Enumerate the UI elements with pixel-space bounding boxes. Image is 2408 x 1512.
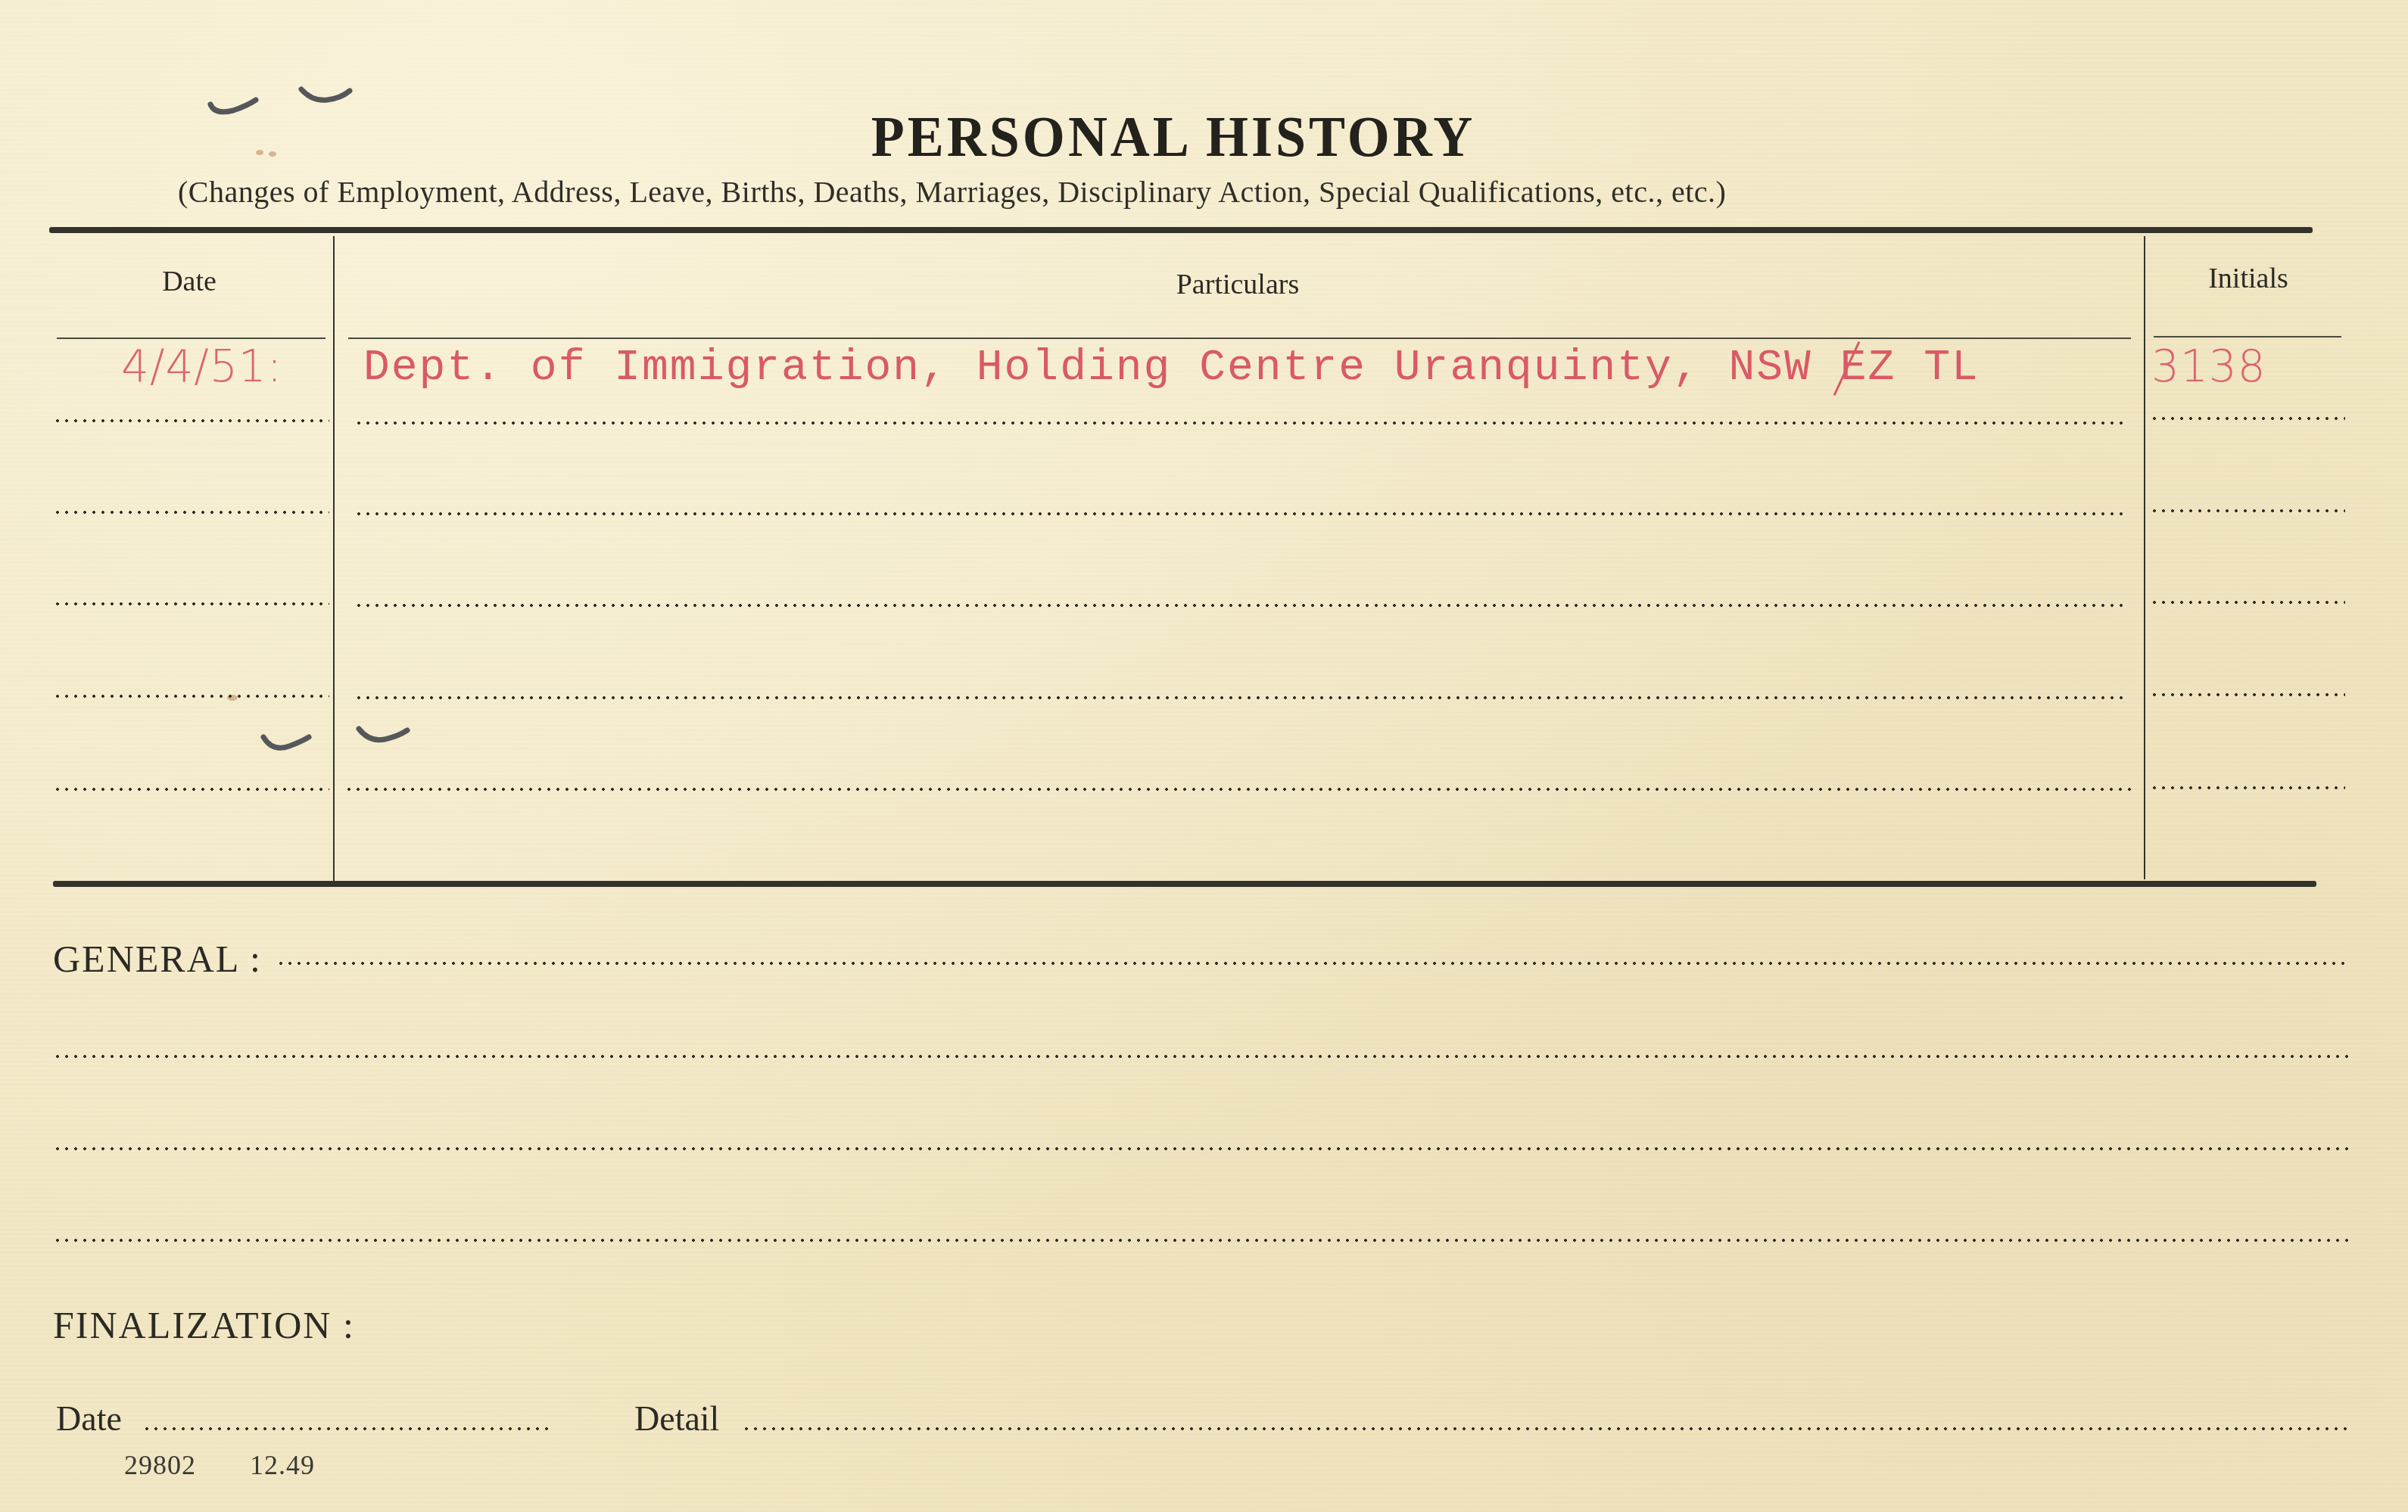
- finalization-label: FINALIZATION :: [53, 1303, 355, 1347]
- row-line-initials: [2150, 600, 2345, 605]
- table-row[interactable]: [0, 791, 2408, 874]
- finalization-detail-field[interactable]: [742, 1426, 2350, 1431]
- column-header-date: Date: [53, 265, 326, 298]
- column-header-particulars: Particulars: [337, 268, 2139, 301]
- general-label: GENERAL :: [53, 937, 262, 981]
- row-date[interactable]: 4/4/51:: [121, 341, 282, 392]
- row-line-initials: [2150, 416, 2345, 421]
- general-line[interactable]: [53, 1238, 2350, 1243]
- row-line-date: [53, 418, 329, 423]
- row-line-initials: [2150, 786, 2345, 790]
- general-line[interactable]: [53, 1146, 2350, 1151]
- row-line-initials: [2150, 509, 2345, 513]
- column-header-initials: Initials: [2150, 262, 2347, 295]
- page-title: PERSONAL HISTORY: [0, 104, 2347, 170]
- finalization-detail-label: Detail: [634, 1398, 719, 1439]
- struck-text: EZ: [1840, 344, 1896, 393]
- row-initials[interactable]: 3138: [2151, 341, 2266, 392]
- general-line[interactable]: [276, 961, 2350, 966]
- general-line[interactable]: [53, 1054, 2350, 1059]
- table-row[interactable]: [0, 515, 2408, 605]
- table-row: 4/4/51: Dept. of Immigration, Holding Ce…: [0, 333, 2408, 424]
- table-bottom-rule: [53, 881, 2316, 887]
- page-subtitle: (Changes of Employment, Address, Leave, …: [178, 174, 2222, 210]
- table-row[interactable]: [0, 605, 2408, 696]
- print-date: 12.49: [250, 1449, 315, 1481]
- finalization-date-label: Date: [56, 1398, 122, 1439]
- row-particulars[interactable]: Dept. of Immigration, Holding Centre Ura…: [363, 344, 1980, 393]
- table-row[interactable]: [0, 424, 2408, 515]
- table-row[interactable]: [0, 696, 2408, 787]
- form-number: 29802: [124, 1449, 196, 1481]
- table-top-rule: [49, 227, 2313, 233]
- personal-history-card: PERSONAL HISTORY (Changes of Employment,…: [0, 0, 2408, 1512]
- finalization-date-field[interactable]: [142, 1426, 551, 1431]
